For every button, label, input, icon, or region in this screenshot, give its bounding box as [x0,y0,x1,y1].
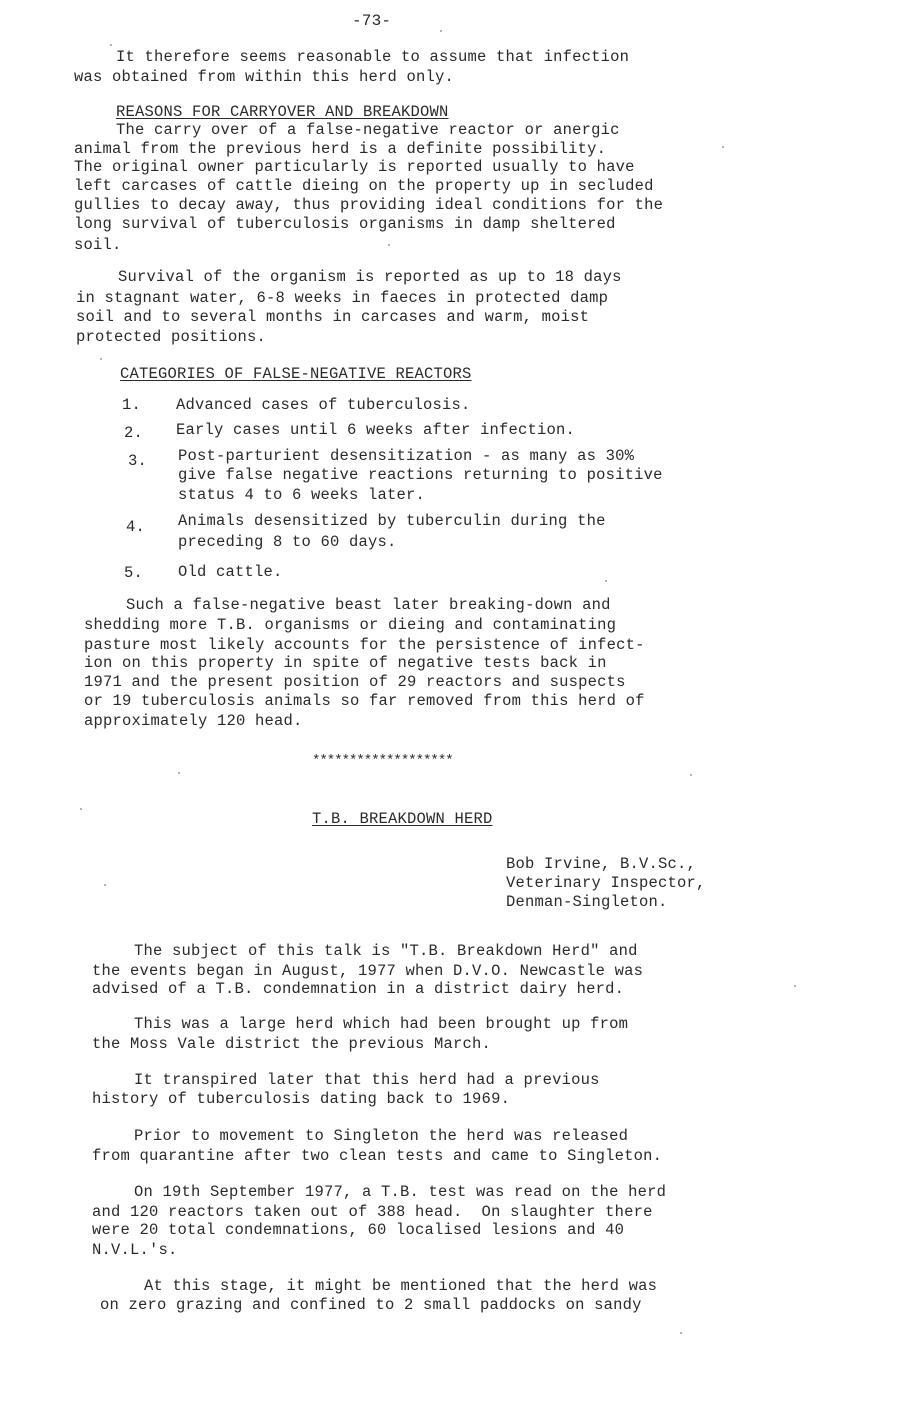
document-page: -73- It therefore seems reasonable to as… [0,0,900,1405]
paragraph-line: The subject of this talk is "T.B. Breakd… [134,942,638,960]
paragraph-line: or 19 tuberculosis animals so far remove… [84,692,645,710]
scan-speck [110,44,112,46]
section-heading-categories: CATEGORIES OF FALSE-NEGATIVE REACTORS [120,365,472,383]
scan-speck [388,244,390,246]
author-name: Bob Irvine, B.V.Sc., [506,855,696,873]
list-item-text: Animals desensitized by tuberculin durin… [178,512,606,530]
paragraph-line: the Moss Vale district the previous Marc… [92,1035,491,1053]
paragraph-line: in stagnant water, 6-8 weeks in faeces i… [76,289,608,307]
paragraph-line: The carry over of a false-negative react… [116,121,620,139]
section-heading-carryover: REASONS FOR CARRYOVER AND BREAKDOWN [116,103,449,121]
paragraph-line: the events began in August, 1977 when D.… [92,962,643,980]
paragraph-line: Survival of the organism is reported as … [118,268,622,286]
intro-line: was obtained from within this herd only. [74,68,454,86]
paragraph-line: Such a false-negative beast later breaki… [126,596,611,614]
list-item-number: 2. [124,424,143,442]
paragraph-line: were 20 total condemnations, 60 localise… [92,1221,624,1239]
scan-speck [178,772,180,774]
list-item-number: 3. [128,452,147,470]
paragraph-line: At this stage, it might be mentioned tha… [144,1277,657,1295]
scan-speck [605,580,607,582]
scan-speck [794,985,796,987]
paragraph-line: N.V.L.'s. [92,1241,178,1259]
paragraph-line: soil. [74,236,122,254]
list-item-number: 5. [124,564,143,582]
paragraph-line: on zero grazing and confined to 2 small … [100,1296,642,1314]
list-item-text: Old cattle. [178,563,283,581]
scan-speck [104,884,106,886]
paragraph-line: This was a large herd which had been bro… [134,1015,628,1033]
paragraph-line: On 19th September 1977, a T.B. test was … [134,1183,666,1201]
list-item-text: status 4 to 6 weeks later. [178,486,425,504]
paragraph-line: approximately 120 head. [84,712,303,730]
list-item-text: Advanced cases of tuberculosis. [176,396,471,414]
list-item-number: 4. [126,518,145,536]
paragraph-line: The original owner particularly is repor… [74,158,635,176]
paragraph-line: left carcases of cattle dieing on the pr… [74,177,654,195]
author-location: Denman-Singleton. [506,893,668,911]
paragraph-line: protected positions. [76,328,266,346]
scan-speck [440,30,442,32]
talk-title: T.B. BREAKDOWN HERD [312,810,493,828]
scan-speck [690,774,692,776]
paragraph-line: gullies to decay away, thus providing id… [74,196,663,214]
intro-line: It therefore seems reasonable to assume … [116,48,629,66]
list-item-number: 1. [122,396,141,414]
paragraph-line: pasture most likely accounts for the per… [84,636,645,654]
list-item-text: preceding 8 to 60 days. [178,533,397,551]
paragraph-line: 1971 and the present position of 29 reac… [84,673,626,691]
section-separator: ******************* [312,752,453,770]
paragraph-line: animal from the previous herd is a defin… [74,140,606,158]
paragraph-line: soil and to several months in carcases a… [76,308,589,326]
scan-speck [722,146,724,148]
paragraph-line: shedding more T.B. organisms or dieing a… [84,616,616,634]
scan-speck [80,808,82,810]
list-item-text: give false negative reactions returning … [178,466,663,484]
list-item-text: Early cases until 6 weeks after infectio… [176,421,575,439]
paragraph-line: long survival of tuberculosis organisms … [74,215,616,233]
paragraph-line: ion on this property in spite of negativ… [84,654,607,672]
page-number: -73- [352,12,391,30]
paragraph-line: Prior to movement to Singleton the herd … [134,1127,628,1145]
scan-speck [680,1332,682,1334]
paragraph-line: from quarantine after two clean tests an… [92,1147,662,1165]
author-role: Veterinary Inspector, [506,874,706,892]
scan-speck [100,358,102,360]
paragraph-line: advised of a T.B. condemnation in a dist… [92,980,624,998]
paragraph-line: history of tuberculosis dating back to 1… [92,1090,510,1108]
paragraph-line: and 120 reactors taken out of 388 head. … [92,1203,653,1221]
list-item-text: Post-parturient desensitization - as man… [178,447,634,465]
paragraph-line: It transpired later that this herd had a… [134,1071,600,1089]
